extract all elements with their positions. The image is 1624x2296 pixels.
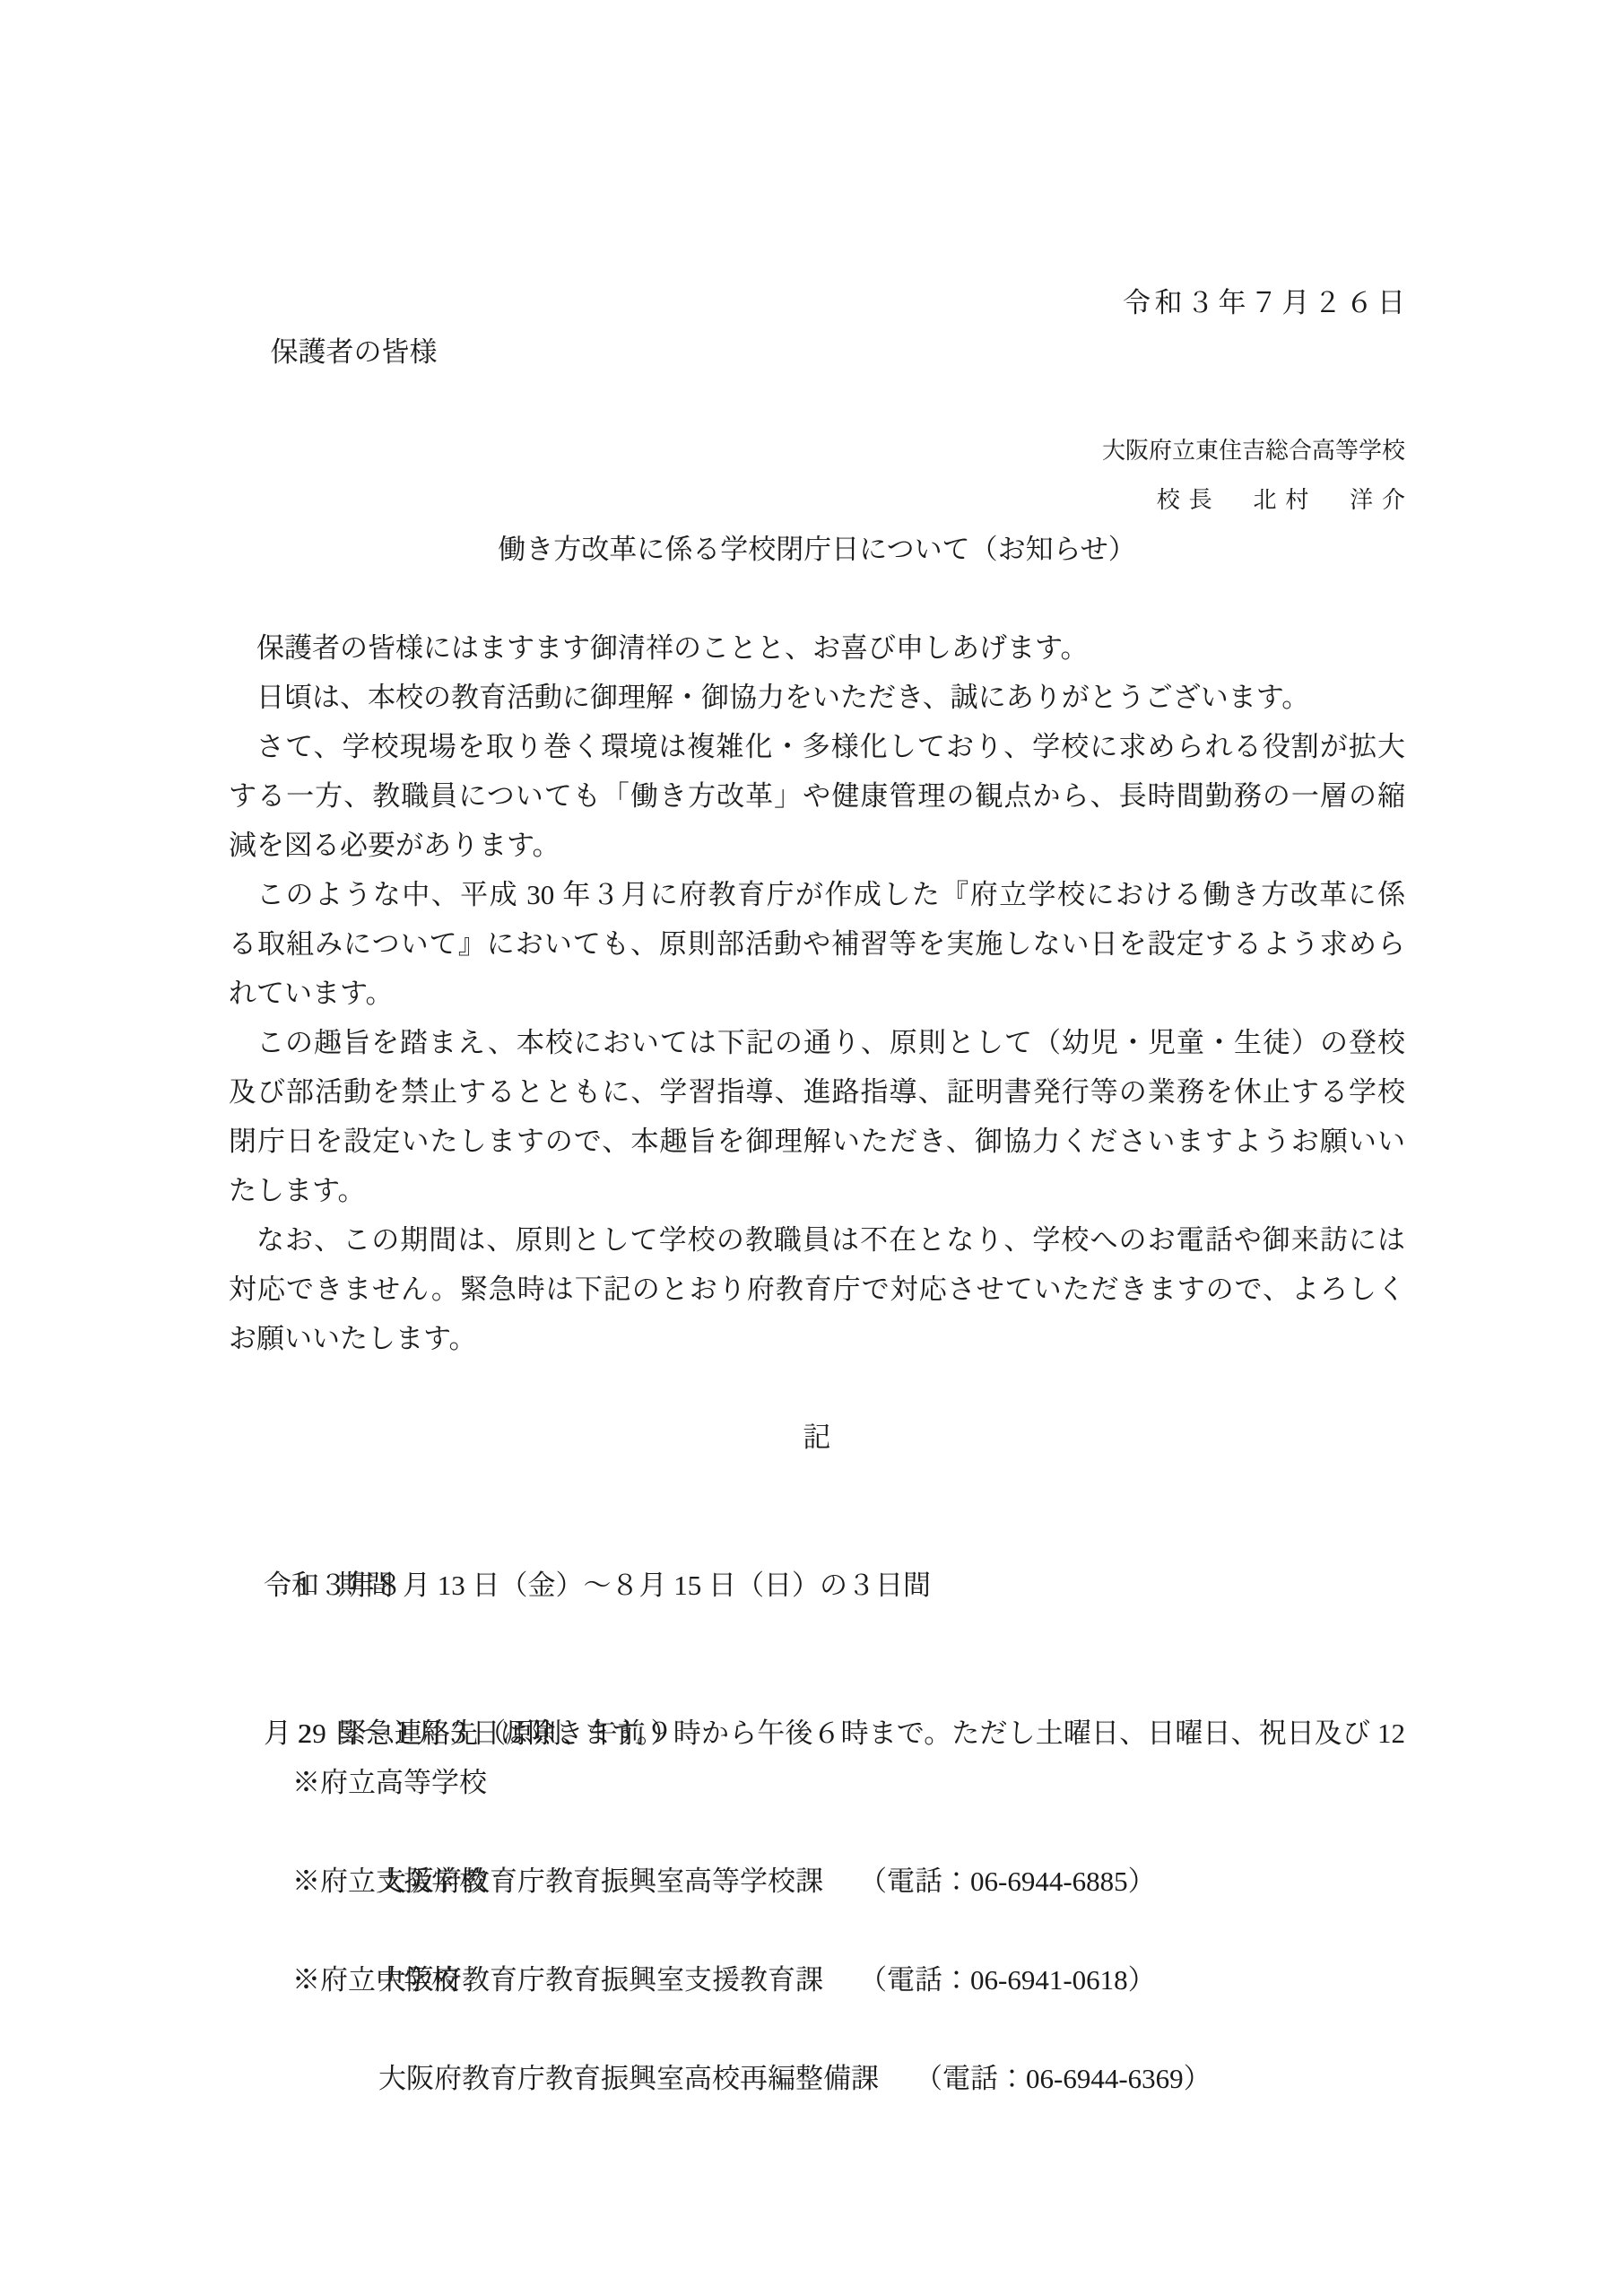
contact-category: ※府立高等学校 bbox=[229, 1758, 1405, 1807]
body-line: 対応できません。緊急時は下記のとおり府教育庁で対応させていただきますので、よろし… bbox=[229, 1265, 1405, 1314]
sender-school-text: 大阪府立東住吉総合高等学校 bbox=[1102, 438, 1405, 464]
body-line: 保護者の皆様にはますます御清祥のことと、お喜び申しあげます。 bbox=[229, 623, 1405, 673]
contact-phone: （電話：06-6941-0618） bbox=[859, 1964, 1156, 1996]
body-line: このような中、平成 30 年３月に府教育庁が作成した『府立学校における働き方改革… bbox=[229, 870, 1405, 919]
period-value: 令和３年８月 13 日（金）～８月 15 日（日）の３日間 bbox=[229, 1561, 1405, 1610]
body-text: 保護者の皆様にはますます御清祥のことと、お喜び申しあげます。 日頃は、本校の教育… bbox=[229, 623, 1405, 1363]
body-line: 閉庁日を設定いたしますので、本趣旨を御理解いただき、御協力くださいますようお願い… bbox=[229, 1117, 1405, 1166]
contact-phone: （電話：06-6944-6885） bbox=[859, 1865, 1156, 1897]
body-line: お願いいたします。 bbox=[229, 1314, 1405, 1363]
document-page: 令和３年７月２６日 保護者の皆様 大阪府立東住吉総合高等学校 校長 北村 洋介 … bbox=[0, 0, 1624, 2296]
item-emergency-contacts: 2緊急連絡先（原則、午前９時から午後６時まで。ただし土曜日、日曜日、祝日及び 1… bbox=[229, 1659, 1405, 2054]
body-line: さて、学校現場を取り巻く環境は複雑化・多様化しており、学校に求められる役割が拡大 bbox=[229, 722, 1405, 771]
recipient-text: 保護者の皆様 bbox=[271, 336, 438, 368]
body-line: れています。 bbox=[229, 969, 1405, 1018]
body-line: なお、この期間は、原則として学校の教職員は不在となり、学校へのお電話や御来訪には bbox=[229, 1215, 1405, 1265]
sender-principal-text: 校長 北村 洋介 bbox=[1157, 487, 1414, 513]
sender-block: 大阪府立東住吉総合高等学校 校長 北村 洋介 bbox=[229, 377, 1405, 475]
record-marker: 記 bbox=[229, 1413, 1405, 1462]
body-line: 及び部活動を禁止するとともに、学習指導、進路指導、証明書発行等の業務を休止する学… bbox=[229, 1067, 1405, 1117]
item-period: 1期間 令和３年８月 13 日（金）～８月 15 日（日）の３日間 bbox=[229, 1511, 1405, 1610]
body-line: する一方、教職員についても「働き方改革」や健康管理の観点から、長時間勤務の一層の… bbox=[229, 771, 1405, 821]
contact-phone: （電話：06-6944-6369） bbox=[915, 2063, 1211, 2094]
date-text: 令和３年７月２６日 bbox=[1123, 287, 1409, 318]
body-line: この趣旨を踏まえ、本校においては下記の通り、原則として（幼児・児童・生徒）の登校 bbox=[229, 1018, 1405, 1067]
body-line: 減を図る必要があります。 bbox=[229, 821, 1405, 870]
sender-school-line: 大阪府立東住吉総合高等学校 bbox=[229, 377, 1405, 426]
date-line: 令和３年７月２６日 bbox=[229, 229, 1405, 278]
contact-office-line: 大阪府教育庁教育振興室支援教育課（電話：06-6941-0618） bbox=[229, 1906, 1405, 1955]
document-content: 令和３年７月２６日 保護者の皆様 大阪府立東住吉総合高等学校 校長 北村 洋介 … bbox=[0, 229, 1624, 2054]
contact-office-line: 大阪府教育庁教育振興室高校再編整備課（電話：06-6944-6369） bbox=[229, 2005, 1405, 2054]
item-contacts-heading: 2緊急連絡先（原則、午前９時から午後６時まで。ただし土曜日、日曜日、祝日及び 1… bbox=[229, 1659, 1405, 1709]
contact-office: 大阪府教育庁教育振興室高校再編整備課 bbox=[378, 2063, 879, 2094]
item-period-heading: 1期間 bbox=[229, 1511, 1405, 1561]
body-line: る取組みについて』においても、原則部活動や補習等を実施しない日を設定するよう求め… bbox=[229, 919, 1405, 969]
document-title: 働き方改革に係る学校閉庁日について（お知らせ） bbox=[229, 525, 1405, 574]
body-line: たします。 bbox=[229, 1166, 1405, 1215]
contact-office-line: 大阪府教育庁教育振興室高等学校課（電話：06-6944-6885） bbox=[229, 1807, 1405, 1857]
body-line: 日頃は、本校の教育活動に御理解・御協力をいただき、誠にありがとうございます。 bbox=[229, 673, 1405, 722]
